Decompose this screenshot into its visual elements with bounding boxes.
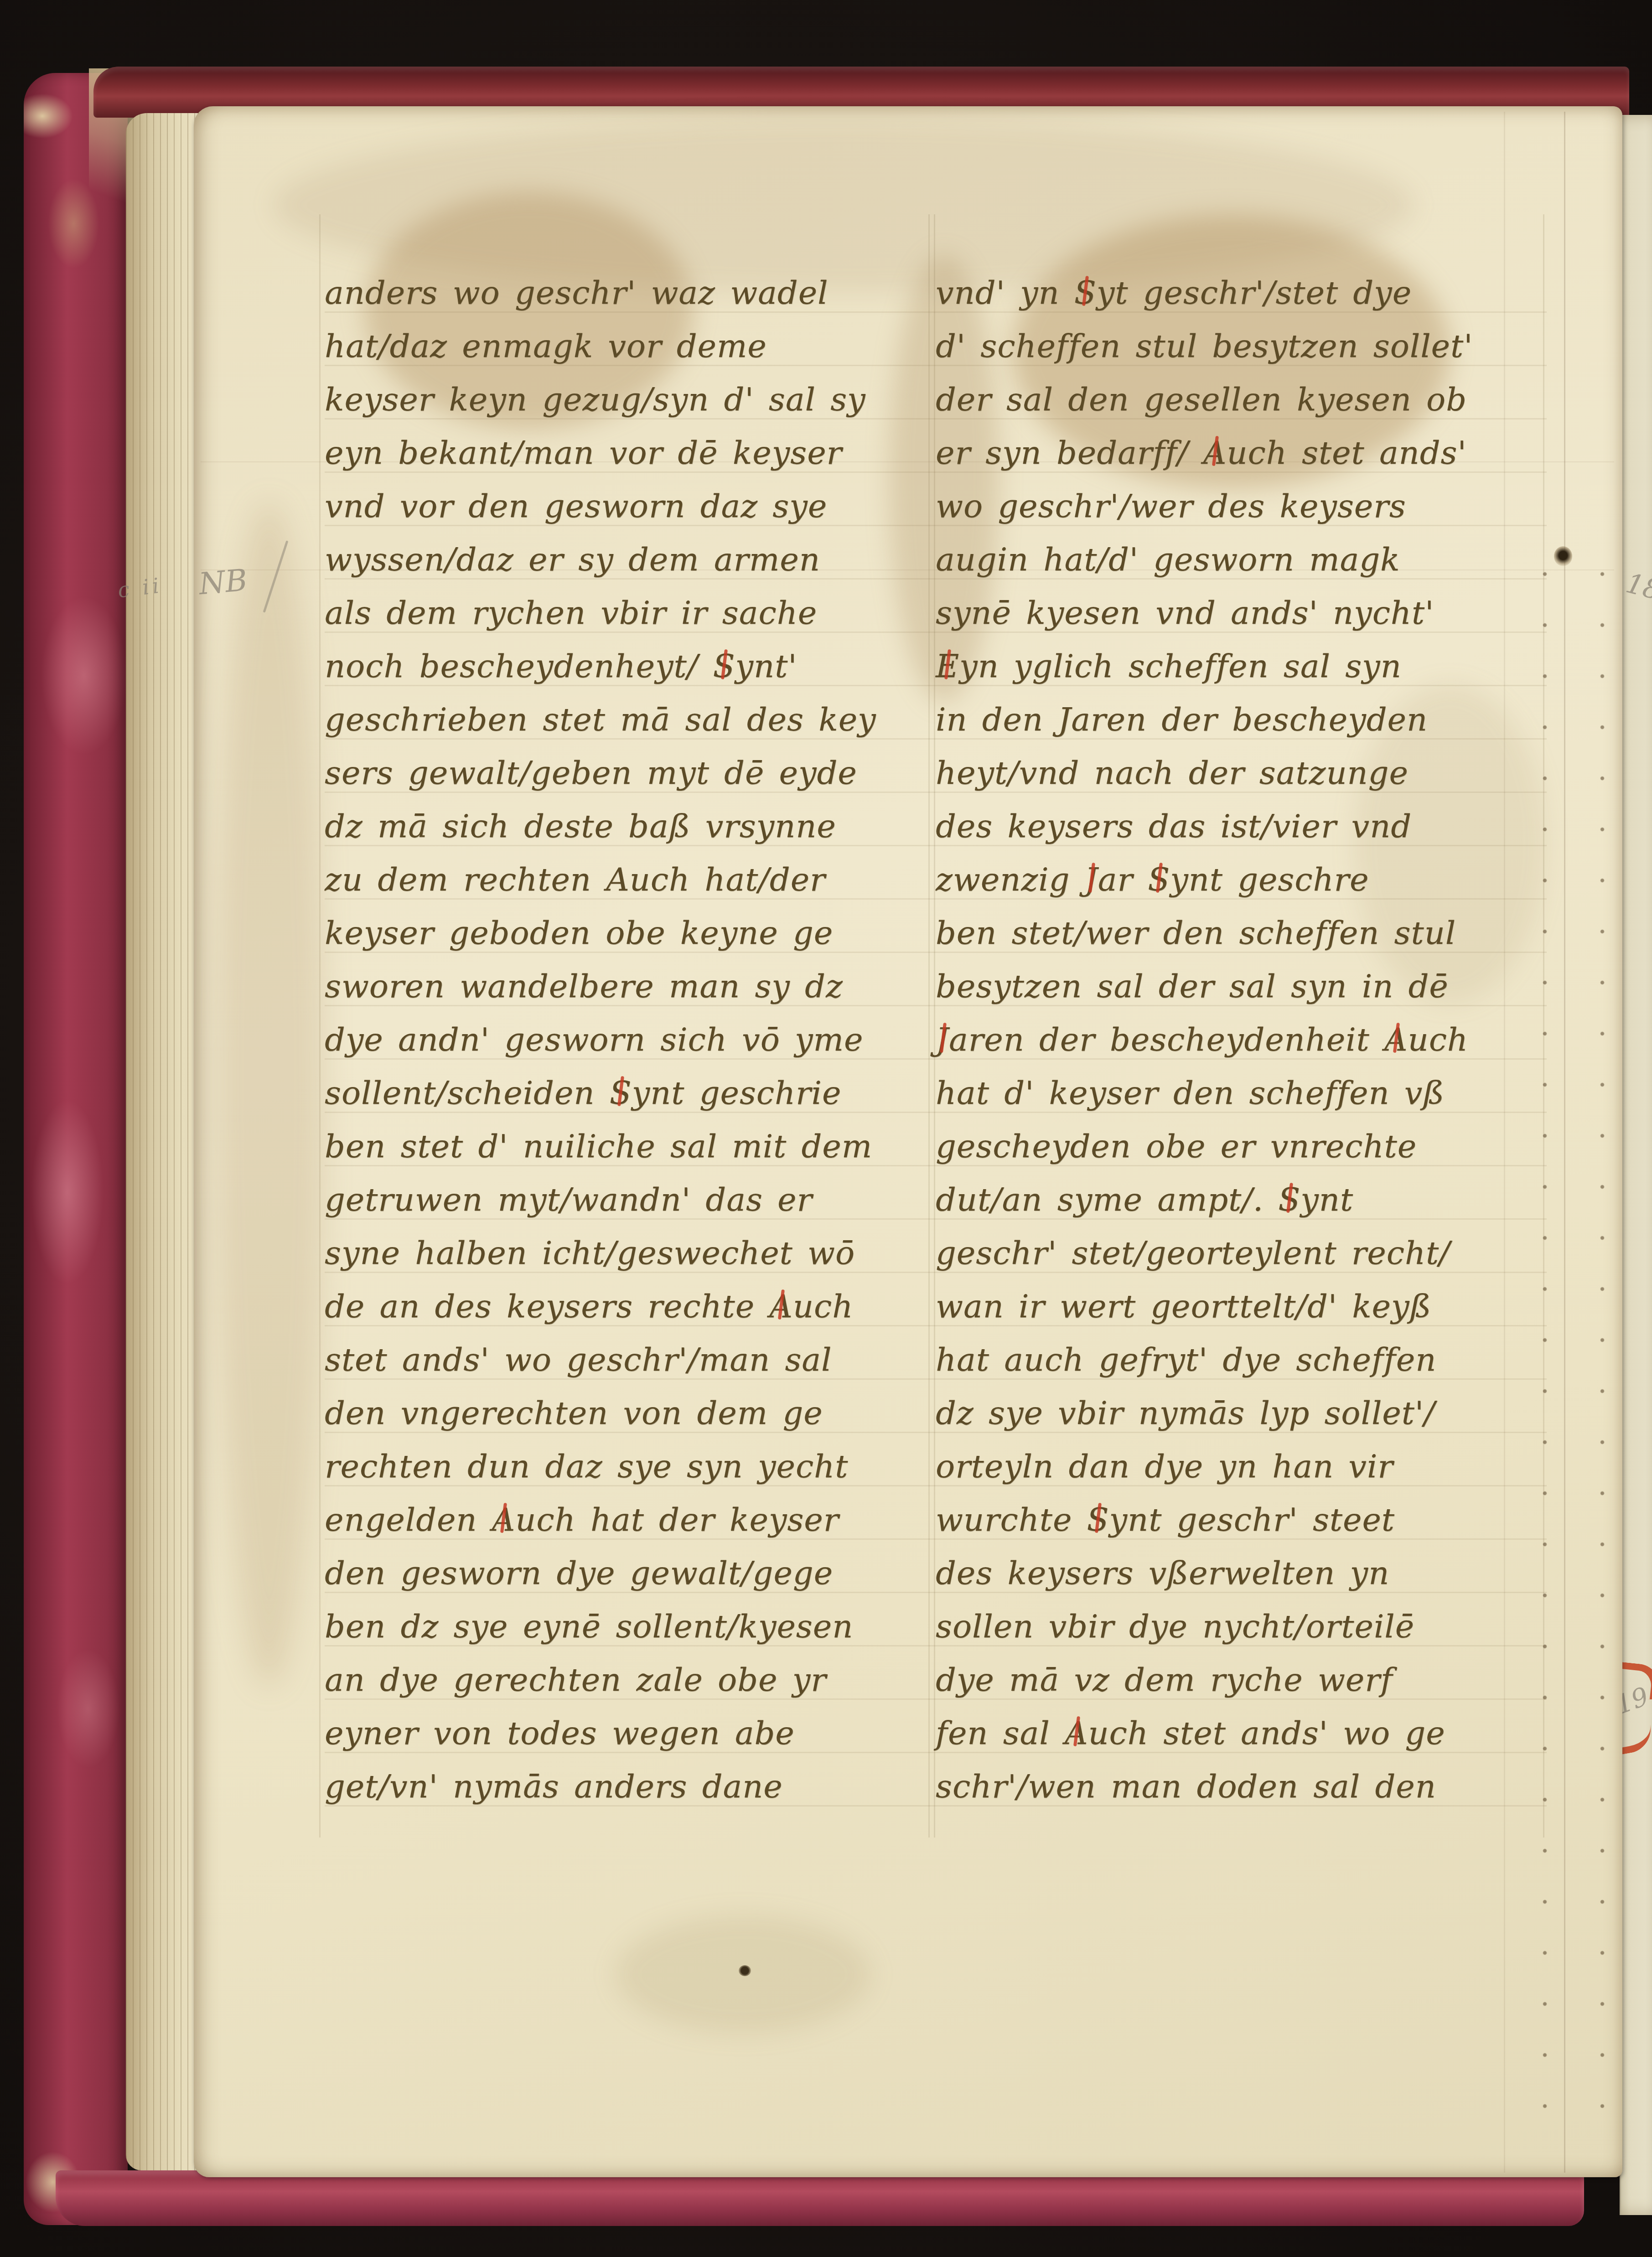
text-line: besytzen sal der sal syn in dē — [936, 960, 1547, 1013]
rubricated-letter: J — [1085, 861, 1098, 898]
text-segment: noch bescheydenheyt/ — [325, 647, 713, 685]
text-segment: orteyln dan dye yn han vir — [936, 1448, 1393, 1485]
text-segment: wo geschr'/wer des keysers — [936, 487, 1406, 525]
text-line: zwenzig Jar Synt geschre — [936, 853, 1547, 906]
text-line: wurchte Synt geschr' steet — [936, 1493, 1547, 1547]
text-line: getruwen myt/wandn' das er — [325, 1173, 936, 1227]
text-line: rechten dun daz sye syn yecht — [325, 1440, 936, 1493]
text-segment: sers gewalt/geben myt dē eyde — [325, 754, 857, 792]
rubricated-letter: S — [713, 647, 735, 685]
text-line: d' scheffen stul besytzen sollet' — [936, 320, 1547, 373]
text-line: hat/daz enmagk vor deme — [325, 320, 936, 373]
text-line: er syn bedarff/ Auch stet ands' — [936, 426, 1547, 480]
text-segment: an dye gerechten zale obe yr — [325, 1661, 827, 1698]
book-binding-left — [24, 73, 128, 2225]
text-line: den gesworn dye gewalt/gege — [325, 1547, 936, 1600]
text-segment: geschr' stet/georteylent recht/ — [936, 1234, 1450, 1272]
rubricated-letter: S — [1074, 274, 1097, 311]
margin-note-nb-monogram: NB — [197, 563, 249, 602]
text-segment: dye andn' gesworn sich vō yme — [325, 1021, 863, 1058]
text-segment: ben dz sye eynē sollent/kyesen — [325, 1608, 853, 1645]
text-segment: stet ands' wo geschr'/man sal — [325, 1341, 832, 1378]
text-line: an dye gerechten zale obe yr — [325, 1653, 936, 1707]
text-segment: hat auch gefryt' dye scheffen — [936, 1341, 1436, 1378]
fold-crease — [1564, 112, 1565, 2173]
text-line: geschr' stet/georteylent recht/ — [936, 1227, 1547, 1280]
text-line: anders wo geschr' waz wadel — [325, 266, 936, 320]
text-line: fen sal Auch stet ands' wo ge — [936, 1707, 1547, 1760]
text-segment: dz sye vbir nymās lyp sollet'/ — [936, 1394, 1435, 1432]
text-segment: gescheyden obe er vnrechte — [936, 1128, 1417, 1165]
text-line: engelden Auch hat der keyser — [325, 1493, 936, 1547]
text-segment: uch stet ands' — [1227, 434, 1466, 471]
text-segment: keyser keyn gezug/syn d' sal sy — [325, 381, 866, 418]
text-segment: ben stet d' nuiliche sal mit dem — [325, 1128, 872, 1165]
text-segment: vnd vor den gesworn daz sye — [325, 487, 827, 525]
text-segment: engelden — [325, 1501, 492, 1538]
text-line: synē kyesen vnd ands' nycht' — [936, 586, 1547, 640]
next-page-edge — [1620, 115, 1652, 2215]
text-segment: schr'/wen man doden sal den — [936, 1768, 1436, 1805]
text-line: dye mā vz dem ryche werf — [936, 1653, 1547, 1707]
text-segment: ynt geschr' steet — [1109, 1501, 1395, 1538]
text-segment: sollent/scheiden — [325, 1074, 610, 1112]
text-segment: keyser geboden obe keyne ge — [325, 914, 833, 952]
text-line: der sal den gesellen kyesen ob — [936, 373, 1547, 426]
text-line: sers gewalt/geben myt dē eyde — [325, 746, 936, 800]
text-segment: besytzen sal der sal syn in dē — [936, 968, 1449, 1005]
text-line: vnd vor den gesworn daz sye — [325, 480, 936, 533]
text-segment: wan ir wert georttelt/d' keyß — [936, 1288, 1431, 1325]
text-segment: den gesworn dye gewalt/gege — [325, 1554, 833, 1592]
text-segment: de an des keysers rechte — [325, 1288, 769, 1325]
prick-marks — [1600, 571, 1605, 2130]
text-line: orteyln dan dye yn han vir — [936, 1440, 1547, 1493]
text-segment: syne halben icht/geswechet wō — [325, 1234, 855, 1272]
text-line: dz sye vbir nymās lyp sollet'/ — [936, 1387, 1547, 1440]
text-segment: getruwen myt/wandn' das er — [325, 1181, 813, 1218]
text-line: sworen wandelbere man sy dz — [325, 960, 936, 1013]
text-line: augin hat/d' gesworn magk — [936, 533, 1547, 586]
text-segment: als dem rychen vbir ir sache — [325, 594, 817, 632]
text-segment: augin hat/d' gesworn magk — [936, 541, 1400, 578]
text-line: hat auch gefryt' dye scheffen — [936, 1333, 1547, 1387]
text-line: ben dz sye eynē sollent/kyesen — [325, 1600, 936, 1653]
ink-blot — [739, 1965, 751, 1976]
text-line: ben stet/wer den scheffen stul — [936, 906, 1547, 960]
text-segment: fen sal — [936, 1714, 1065, 1752]
text-segment: ynt geschrie — [632, 1074, 842, 1112]
text-segment: zu dem rechten Auch hat/der — [325, 861, 826, 898]
text-line: den vngerechten von dem ge — [325, 1387, 936, 1440]
text-line: wo geschr'/wer des keysers — [936, 480, 1547, 533]
text-line: Jaren der bescheydenheit Auch — [936, 1013, 1547, 1066]
text-line: get/vn' nymās anders dane — [325, 1760, 936, 1813]
text-segment: zwenzig — [936, 861, 1085, 898]
text-segment: dye mā vz dem ryche werf — [936, 1661, 1393, 1698]
text-segment: eyner von todes wegen abe — [325, 1714, 795, 1752]
text-segment: des keysers das ist/vier vnd — [936, 808, 1412, 845]
text-segment: aren der bescheydenheit — [949, 1021, 1384, 1058]
text-segment: uch hat der keyser — [515, 1501, 839, 1538]
ruling-vertical-line — [319, 214, 321, 1838]
text-line: ben stet d' nuiliche sal mit dem — [325, 1120, 936, 1173]
text-segment: d' scheffen stul besytzen sollet' — [936, 327, 1473, 365]
rubricated-letter: S — [1148, 861, 1170, 898]
text-line: dut/an syme ampt/. Synt — [936, 1173, 1547, 1227]
text-segment: des keysers vßerwelten yn — [936, 1554, 1389, 1592]
text-segment: geschrieben stet mā sal des key — [325, 701, 876, 738]
page-stack-edges — [126, 113, 198, 2170]
text-line: vnd' yn Syt geschr'/stet dye — [936, 266, 1547, 320]
text-line: de an des keysers rechte Auch — [325, 1280, 936, 1333]
text-line: sollent/scheiden Synt geschrie — [325, 1066, 936, 1120]
rubricated-letter: A — [769, 1288, 793, 1325]
text-segment: wyssen/daz er sy dem armen — [325, 541, 820, 578]
text-line: eyn bekant/man vor dē keyser — [325, 426, 936, 480]
text-segment: dut/an syme ampt/. — [936, 1181, 1278, 1218]
text-segment: dz mā sich deste baß vrsynne — [325, 808, 836, 845]
text-line: wyssen/daz er sy dem armen — [325, 533, 936, 586]
text-line: keyser keyn gezug/syn d' sal sy — [325, 373, 936, 426]
text-segment: heyt/vnd nach der satzunge — [936, 754, 1409, 792]
text-segment: ar — [1098, 861, 1148, 898]
text-segment: anders wo geschr' waz wadel — [325, 274, 828, 311]
text-line: sollen vbir dye nycht/orteilē — [936, 1600, 1547, 1653]
text-segment: sworen wandelbere man sy dz — [325, 968, 843, 1005]
rubricated-letter: A — [1065, 1714, 1088, 1752]
text-line: des keysers vßerwelten yn — [936, 1547, 1547, 1600]
wormhole — [1554, 546, 1572, 566]
text-segment: yt geschr'/stet dye — [1097, 274, 1412, 311]
rubricated-letter: E — [936, 647, 959, 685]
text-segment: sollen vbir dye nycht/orteilē — [936, 1608, 1414, 1645]
text-column-right: vnd' yn Syt geschr'/stet dyed' scheffen … — [936, 266, 1547, 1813]
text-segment: wurchte — [936, 1501, 1087, 1538]
text-line: hat d' keyser den scheffen vß — [936, 1066, 1547, 1120]
text-line: als dem rychen vbir ir sache — [325, 586, 936, 640]
text-segment: uch — [793, 1288, 853, 1325]
text-segment: hat d' keyser den scheffen vß — [936, 1074, 1445, 1112]
rubricated-letter: A — [492, 1501, 516, 1538]
text-segment: synē kyesen vnd ands' nycht' — [936, 594, 1434, 632]
text-line: dye andn' gesworn sich vō yme — [325, 1013, 936, 1066]
text-segment: er syn bedarff/ — [936, 434, 1203, 471]
text-line: zu dem rechten Auch hat/der — [325, 853, 936, 906]
text-line: in den Jaren der bescheyden — [936, 693, 1547, 746]
rubricated-letter: S — [1278, 1181, 1300, 1218]
text-segment: der sal den gesellen kyesen ob — [936, 381, 1467, 418]
text-segment: yn yglich scheffen sal syn — [959, 647, 1402, 685]
text-segment: vnd' yn — [936, 274, 1074, 311]
text-segment: uch — [1408, 1021, 1468, 1058]
text-line: gescheyden obe er vnrechte — [936, 1120, 1547, 1173]
text-segment: ynt' — [735, 647, 798, 685]
text-segment: hat/daz enmagk vor deme — [325, 327, 767, 365]
rubricated-letter: A — [1384, 1021, 1408, 1058]
text-line: dz mā sich deste baß vrsynne — [325, 800, 936, 853]
manuscript-photo: 18 19 c ii NB anders wo geschr' waz wade… — [0, 0, 1652, 2257]
rubricated-letter: S — [1087, 1501, 1109, 1538]
text-line: Eyn yglich scheffen sal syn — [936, 640, 1547, 693]
text-line: des keysers das ist/vier vnd — [936, 800, 1547, 853]
text-segment: uch stet ands' wo ge — [1088, 1714, 1445, 1752]
text-segment: rechten dun daz sye syn yecht — [325, 1448, 848, 1485]
rubricated-letter: A — [1203, 434, 1227, 471]
text-line: syne halben icht/geswechet wō — [325, 1227, 936, 1280]
text-line: schr'/wen man doden sal den — [936, 1760, 1547, 1813]
stain — [214, 502, 324, 1687]
text-line: stet ands' wo geschr'/man sal — [325, 1333, 936, 1387]
text-line: heyt/vnd nach der satzunge — [936, 746, 1547, 800]
rubricated-letter: S — [610, 1074, 632, 1112]
text-segment: ynt — [1300, 1181, 1353, 1218]
text-line: noch bescheydenheyt/ Synt' — [325, 640, 936, 693]
text-segment: ben stet/wer den scheffen stul — [936, 914, 1456, 952]
rubricated-letter: J — [936, 1021, 949, 1058]
text-segment: in den Jaren der bescheyden — [936, 701, 1428, 738]
text-segment: eyn bekant/man vor dē keyser — [325, 434, 842, 471]
text-line: eyner von todes wegen abe — [325, 1707, 936, 1760]
text-segment: den vngerechten von dem ge — [325, 1394, 823, 1432]
text-column-left: anders wo geschr' waz wadelhat/daz enmag… — [325, 266, 936, 1813]
text-line: keyser geboden obe keyne ge — [325, 906, 936, 960]
text-line: geschrieben stet mā sal des key — [325, 693, 936, 746]
text-segment: ynt geschre — [1170, 861, 1369, 898]
text-line: wan ir wert georttelt/d' keyß — [936, 1280, 1547, 1333]
text-segment: get/vn' nymās anders dane — [325, 1768, 783, 1805]
book-bottom-edge — [56, 2170, 1584, 2226]
